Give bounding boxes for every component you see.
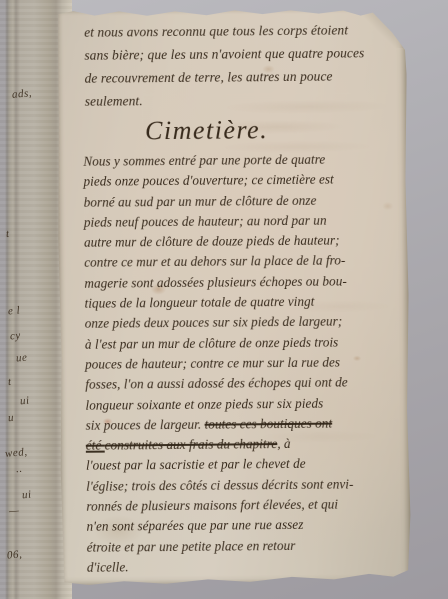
margin-text-fragment: 06, [7,548,23,561]
manuscript-line: autre mur de clôture de douze pieds de h… [84,230,400,253]
manuscript-line: été construites aux frais du chapitre, à [86,433,402,456]
struck-text-segment: construites aux frais du chapitre [105,436,278,453]
manuscript-line: étroite et par une petite place en retou… [87,535,403,558]
manuscript-line: sans bière; que les uns n'avoient que qu… [84,41,398,67]
continuation-paragraph: et nous avons reconnu que tous les corps… [84,18,399,113]
struck-text-segment: toutes ces boutiques ont [205,415,333,431]
cemetery-paragraph: Nous y sommes entré par une porte de qua… [83,149,403,578]
manuscript-line: tiques de la longueur totale de quatre v… [84,291,400,314]
manuscript-line: à l'est par un mur de clôture de onze pi… [85,332,401,355]
manuscript-line: Nous y sommes entré par une porte de qua… [83,149,399,172]
manuscript-line: fosses, l'on a aussi adossé des échopes … [85,372,401,395]
manuscript-line: pouces de hauteur; contre ce mur sur la … [85,352,401,375]
manuscript-line: longueur soixante et onze pieds sur six … [85,393,401,416]
manuscript-line: seulement. [85,87,399,113]
margin-text-fragment: cy [9,330,21,343]
text-segment: six pouces de largeur. [86,417,205,433]
margin-text-fragment: t [5,228,10,240]
manuscript-line: pieds onze pouces d'ouverture; ce cimeti… [83,169,399,192]
struck-text-segment: été [86,438,105,453]
section-heading: Cimetière. [145,113,399,147]
manuscript-line: borné au sud par un mur de clôture de on… [84,190,400,213]
manuscript-page: et nous avons reconnu que tous les corps… [56,6,411,587]
manuscript-line: onze pieds deux pouces sur six pieds de … [85,311,401,334]
margin-text-fragment: ue [15,352,27,365]
handwritten-text: et nous avons reconnu que tous les corps… [82,18,403,578]
manuscript-line: ronnés de plusieurs maisons fort élevées… [86,494,402,517]
manuscript-line: magerie sont adossées plusieurs échopes … [84,271,400,294]
photo-background: ads,te lcyuetuiuwed,..ui—06, et nous avo… [0,0,448,599]
margin-text-fragment: ads, [12,87,33,101]
margin-text-fragment: wed, [5,446,28,460]
manuscript-line: six pouces de largeur. toutes ces boutiq… [86,413,402,436]
manuscript-line: pieds neuf pouces de hauteur; au nord pa… [84,210,400,233]
margin-text-fragment: e l [8,304,21,317]
text-segment: , à [277,436,290,451]
manuscript-line: d'icelle. [87,555,403,578]
margin-text-fragment: t [7,376,12,388]
margin-text-fragment: ui [21,489,32,502]
margin-text-fragment: — [8,505,19,518]
margin-text-fragment: u [7,412,14,424]
manuscript-line: l'église; trois des côtés ci dessus décr… [86,474,402,497]
manuscript-line: de recouvrement de terre, les autres un … [85,64,399,90]
manuscript-line: n'en sont séparées que par une rue assez [86,514,402,537]
manuscript-line: et nous avons reconnu que tous les corps… [84,18,398,44]
manuscript-line: contre ce mur et au dehors sur la place … [84,250,400,273]
margin-text-fragment: ui [19,395,30,408]
manuscript-line: l'ouest par la sacristie et par le cheve… [86,453,402,476]
margin-text-fragment: .. [15,463,23,476]
